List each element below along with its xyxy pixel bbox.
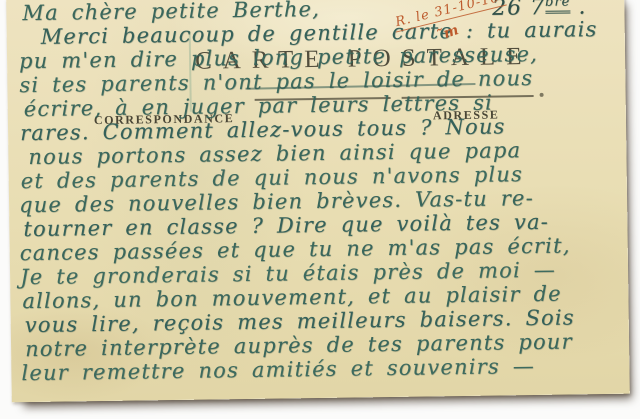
date-month-superscript: bre [545, 0, 570, 14]
date-period: . [570, 0, 586, 20]
scanned-postcard-photo: CARTE POSTALE CORRESPONDANCE ADRESSE Ma … [0, 0, 640, 419]
postcard-back: CARTE POSTALE CORRESPONDANCE ADRESSE Ma … [6, 0, 630, 402]
handwritten-message: Ma chère petite Berthe, Merci beaucoup d… [10, 0, 621, 385]
